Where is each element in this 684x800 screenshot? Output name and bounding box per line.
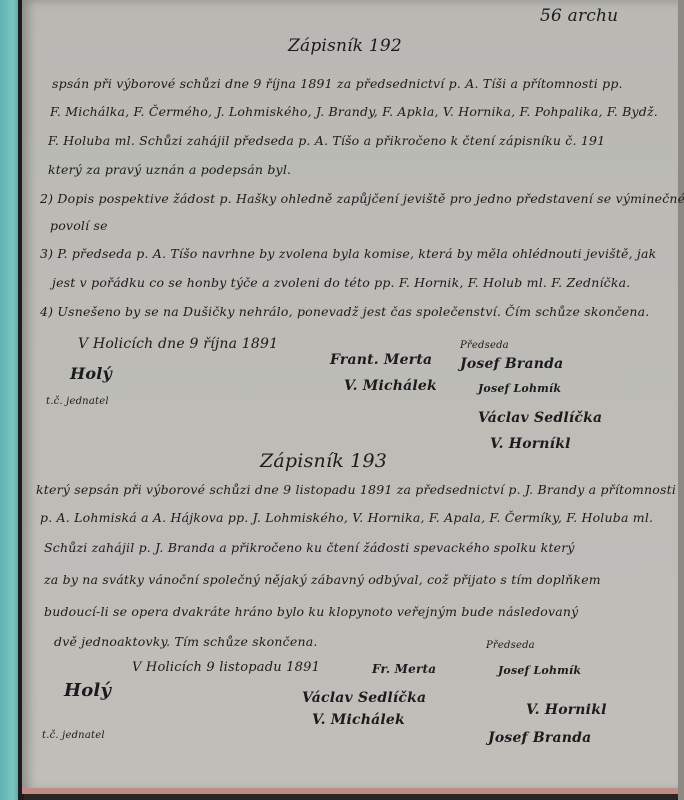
- entry-192-line: 4) Usnešeno by se na Dušičky nehrálo, po…: [40, 304, 649, 319]
- signature: Josef Branda: [488, 730, 591, 746]
- signature-jednatel: Holý: [64, 680, 111, 701]
- signature: Frant. Merta: [330, 352, 432, 368]
- entry-193-line: budoucí-li se opera dvakráte hráno bylo …: [44, 604, 578, 619]
- signature-role: Předseda: [460, 340, 509, 351]
- signature-role: t.č. jednatel: [46, 396, 109, 407]
- page-right-edge: [678, 0, 684, 800]
- signature: Fr. Merta: [372, 662, 436, 676]
- entry-192-line: povolí se: [50, 218, 108, 233]
- entry-193-line: dvě jednoaktovky. Tím schůze skončena.: [54, 634, 318, 649]
- signature: Josef Branda: [460, 356, 563, 372]
- entry-193-title: Zápisník 193: [260, 450, 387, 472]
- signature: V. Michálek: [344, 378, 437, 394]
- entry-192-place-date: V Holicích dne 9 října 1891: [78, 336, 278, 352]
- signature-role: Předseda: [486, 640, 535, 651]
- entry-192-line: F. Holuba ml. Schůzi zahájil předseda p.…: [48, 133, 605, 148]
- entry-193-line: za by na svátky vánoční společný nějaký …: [44, 572, 601, 587]
- signature: V. Horníkl: [490, 436, 571, 452]
- signature-role: t.č. jednatel: [42, 730, 105, 741]
- entry-192-line: F. Michálka, F. Čermého, J. Lohmiského, …: [50, 104, 658, 119]
- signature: Václav Sedlíčka: [478, 410, 602, 426]
- signature: Josef Lohmík: [498, 664, 581, 677]
- signature: V. Michálek: [312, 712, 405, 728]
- signature: Václav Sedlíčka: [302, 690, 426, 706]
- entry-192-line: spsán při výborové schůzi dne 9 října 18…: [52, 76, 623, 91]
- entry-193-line: který sepsán při výborové schůzi dne 9 l…: [36, 482, 676, 497]
- entry-192-line: jest v pořádku co se honby týče a zvolen…: [52, 275, 630, 290]
- signature: V. Hornikl: [526, 702, 607, 718]
- signature-jednatel: Holý: [70, 364, 112, 383]
- page-edge: [22, 788, 684, 794]
- entry-192-line: který za pravý uznán a podepsán byl.: [48, 162, 291, 177]
- entry-192-line: 2) Dopis pospektive žádost p. Hašky ohle…: [40, 191, 684, 206]
- entry-192-title: Zápisník 192: [288, 36, 402, 56]
- entry-193-place-date: V Holicích 9 listopadu 1891: [132, 660, 320, 675]
- entry-193-line: p. A. Lohmiská a A. Hájkova pp. J. Lohmi…: [40, 510, 653, 525]
- signature: Josef Lohmík: [478, 382, 561, 395]
- entry-192-line: 3) P. předseda p. A. Tíšo navrhne by zvo…: [40, 246, 656, 261]
- entry-193-line: Schůzi zahájil p. J. Branda a přikročeno…: [44, 540, 575, 555]
- page-note: 56 archu: [540, 6, 618, 26]
